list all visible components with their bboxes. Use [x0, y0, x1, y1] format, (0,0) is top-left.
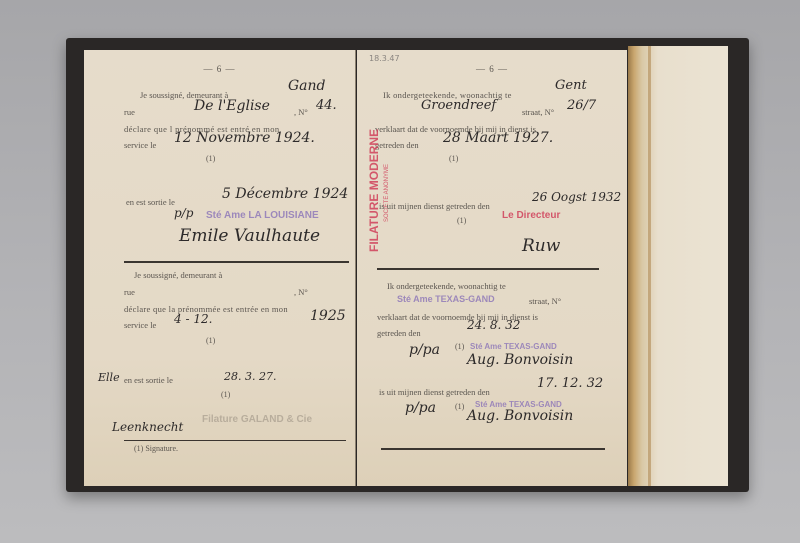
stamp-societe-anonyme: SOCIÉTÉ ANONYME	[384, 138, 390, 248]
page-number: — 6 —	[357, 64, 627, 74]
entry1-date-out: 5 Décembre 1924	[222, 186, 348, 202]
page-number: — 6 —	[84, 64, 355, 74]
entry2-straat-label: straat, N°	[529, 296, 561, 306]
entry2-signature: Aug. Bonvoisin	[467, 352, 573, 368]
footnote-marker: (1)	[455, 342, 464, 351]
entry1-straat-label: straat, N°	[522, 107, 554, 117]
page-crease	[648, 46, 651, 486]
entry1-street: De l'Eglise	[194, 98, 270, 114]
footnote-marker: (1)	[449, 154, 458, 163]
footnote-marker: (1)	[221, 390, 230, 399]
entry1-signature: Ruw	[522, 236, 560, 256]
entry2-rue-label: rue	[124, 287, 135, 297]
entry2-year: 1925	[310, 308, 346, 324]
footnote-marker: (1)	[455, 402, 464, 411]
entry1-date-in: 12 Novembre 1924.	[174, 130, 315, 146]
right-page: 18.3.47 — 6 — Ik ondergeteekende, woonac…	[357, 50, 627, 486]
stamp-filature-moderne: FILATURE MODERNE	[367, 142, 381, 252]
stamp-texas-gand-street: Sté Ame TEXAS-GAND	[397, 294, 495, 304]
footnote-marker: (1)	[206, 336, 215, 345]
entry2-pp2: p/pa	[405, 400, 436, 416]
entry2-exit-label: is uit mijnen dienst getreden den	[379, 387, 490, 397]
entry1-street: Groendreef	[421, 98, 496, 113]
footnote-marker: (1)	[206, 154, 215, 163]
pencil-note: 18.3.47	[369, 54, 400, 63]
footnote-marker: (1)	[457, 216, 466, 225]
entry1-date-out: 26 Oogst 1932	[532, 190, 621, 204]
entry1-rue-label: rue	[124, 107, 135, 117]
entry2-exit-label: en est sortie le	[124, 375, 173, 385]
entry1-no-label: , N°	[294, 107, 308, 117]
entry1-line4: getreden den	[375, 140, 419, 150]
entry2-signature: Leenknecht	[112, 420, 183, 434]
section-divider	[124, 261, 349, 263]
entry2-date-in: 4 - 12.	[174, 312, 212, 326]
entry2-date-out: 28. 3. 27.	[224, 370, 276, 383]
entry2-line4: getreden den	[377, 328, 421, 338]
entry2-date-in: 24. 8. 32	[467, 318, 520, 332]
entry2-signature2: Aug. Bonvoisin	[467, 408, 573, 424]
entry1-city: Gent	[555, 78, 587, 93]
flyleaf-pages	[628, 46, 728, 486]
section-divider	[377, 268, 599, 270]
entry1-line4: service le	[124, 140, 156, 150]
stamp-la-louisiane: Sté Ame LA LOUISIANE	[206, 210, 319, 221]
signature-line	[124, 440, 346, 441]
entry2-elle: Elle	[98, 371, 120, 384]
entry2-line1: Je soussigné, demeurant à	[134, 270, 222, 280]
entry1-date-in: 28 Maart 1927.	[443, 130, 553, 146]
left-page: — 6 — Je soussigné, demeurant à Gand rue…	[84, 50, 356, 486]
stamp-le-directeur: Le Directeur	[502, 210, 560, 221]
entry2-date-out: 17. 12. 32	[537, 376, 603, 391]
signature-footnote: (1) Signature.	[134, 444, 178, 453]
entry2-no-label: , N°	[294, 287, 308, 297]
entry1-number: 26/7	[567, 98, 596, 113]
entry1-city: Gand	[288, 78, 326, 94]
entry1-exit-label: is uit mijnen dienst getreden den	[379, 201, 490, 211]
entry2-pp: p/pa	[409, 342, 440, 358]
entry2-line1: Ik ondergeteekende, woonachtig te	[387, 281, 506, 291]
entry1-pp: p/p	[174, 206, 193, 220]
entry1-exit-label: en est sortie le	[126, 197, 175, 207]
faded-stamp: Filature GALAND & Cie	[202, 414, 312, 425]
entry2-line4: service le	[124, 320, 156, 330]
entry1-signature: Emile Vaulhaute	[179, 226, 320, 246]
entry1-number: 44.	[316, 98, 337, 113]
stamp-texas-gand: Sté Ame TEXAS-GAND	[470, 342, 557, 351]
signature-line	[381, 448, 605, 450]
